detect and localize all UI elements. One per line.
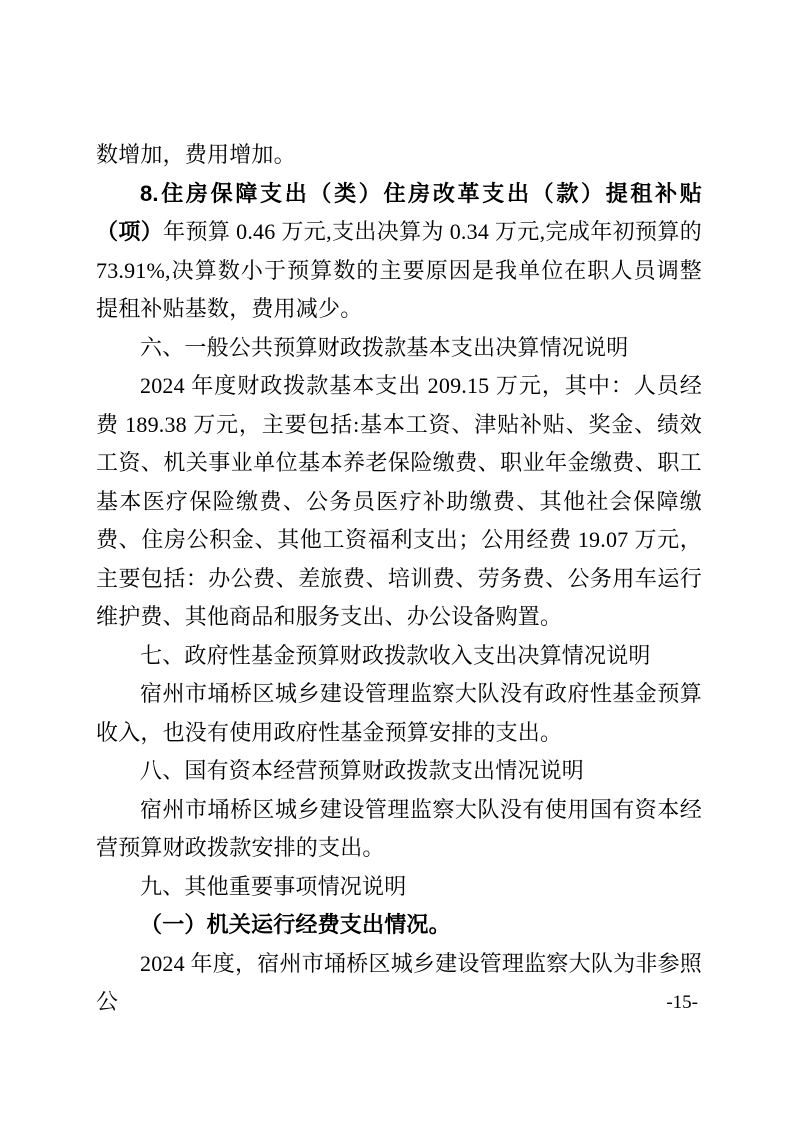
heading-section-8: 八、国有资本经营预算财政拨款支出情况说明	[96, 752, 702, 791]
paragraph-text: 宿州市埇桥区城乡建设管理监察大队没有政府性基金预算收入，也没有使用政府性基金预算…	[96, 681, 702, 745]
paragraph-text: 数增加，费用增加。	[96, 142, 296, 167]
paragraph-text: 2024 年度，宿州市埇桥区城乡建设管理监察大队为非参照公	[96, 951, 702, 1015]
heading-text: 六、一般公共预算财政拨款基本支出决算情况说明	[140, 335, 628, 360]
document-page: 数增加，费用增加。 8.住房保障支出（类）住房改革支出（款）提租补贴（项）年预算…	[0, 0, 793, 1122]
heading-section-9: 九、其他重要事项情况说明	[96, 868, 702, 907]
paragraph-text: 2024 年度财政拨款基本支出 209.15 万元，其中：人员经费 189.38…	[96, 373, 702, 629]
paragraph-text: 宿州市埇桥区城乡建设管理监察大队没有使用国有资本经营预算财政拨款安排的支出。	[96, 797, 702, 861]
heading-text: （一）机关运行经费支出情况。	[140, 912, 451, 937]
paragraph-carryover: 数增加，费用增加。	[96, 136, 702, 175]
heading-section-7: 七、政府性基金预算财政拨款收入支出决算情况说明	[96, 637, 702, 676]
paragraph-agency-operating-intro: 2024 年度，宿州市埇桥区城乡建设管理监察大队为非参照公	[96, 945, 702, 1022]
heading-text: 八、国有资本经营预算财政拨款支出情况说明	[140, 758, 584, 783]
heading-agency-operating-expenses: （一）机关运行经费支出情况。	[96, 906, 702, 945]
paragraph-item8-housing-subsidy: 8.住房保障支出（类）住房改革支出（款）提租补贴（项）年预算 0.46 万元,支…	[96, 175, 702, 329]
heading-text: 七、政府性基金预算财政拨款收入支出决算情况说明	[140, 643, 651, 668]
paragraph-gov-fund: 宿州市埇桥区城乡建设管理监察大队没有政府性基金预算收入，也没有使用政府性基金预算…	[96, 675, 702, 752]
paragraph-basic-expenditure: 2024 年度财政拨款基本支出 209.15 万元，其中：人员经费 189.38…	[96, 367, 702, 637]
heading-section-6: 六、一般公共预算财政拨款基本支出决算情况说明	[96, 329, 702, 368]
paragraph-text: 年预算 0.46 万元,支出决算为 0.34 万元,完成年初预算的 73.91%…	[96, 219, 702, 321]
paragraph-state-capital: 宿州市埇桥区城乡建设管理监察大队没有使用国有资本经营预算财政拨款安排的支出。	[96, 791, 702, 868]
document-body: 数增加，费用增加。 8.住房保障支出（类）住房改革支出（款）提租补贴（项）年预算…	[96, 136, 702, 1022]
page-number: -15-	[666, 992, 698, 1014]
heading-text: 九、其他重要事项情况说明	[140, 874, 406, 899]
